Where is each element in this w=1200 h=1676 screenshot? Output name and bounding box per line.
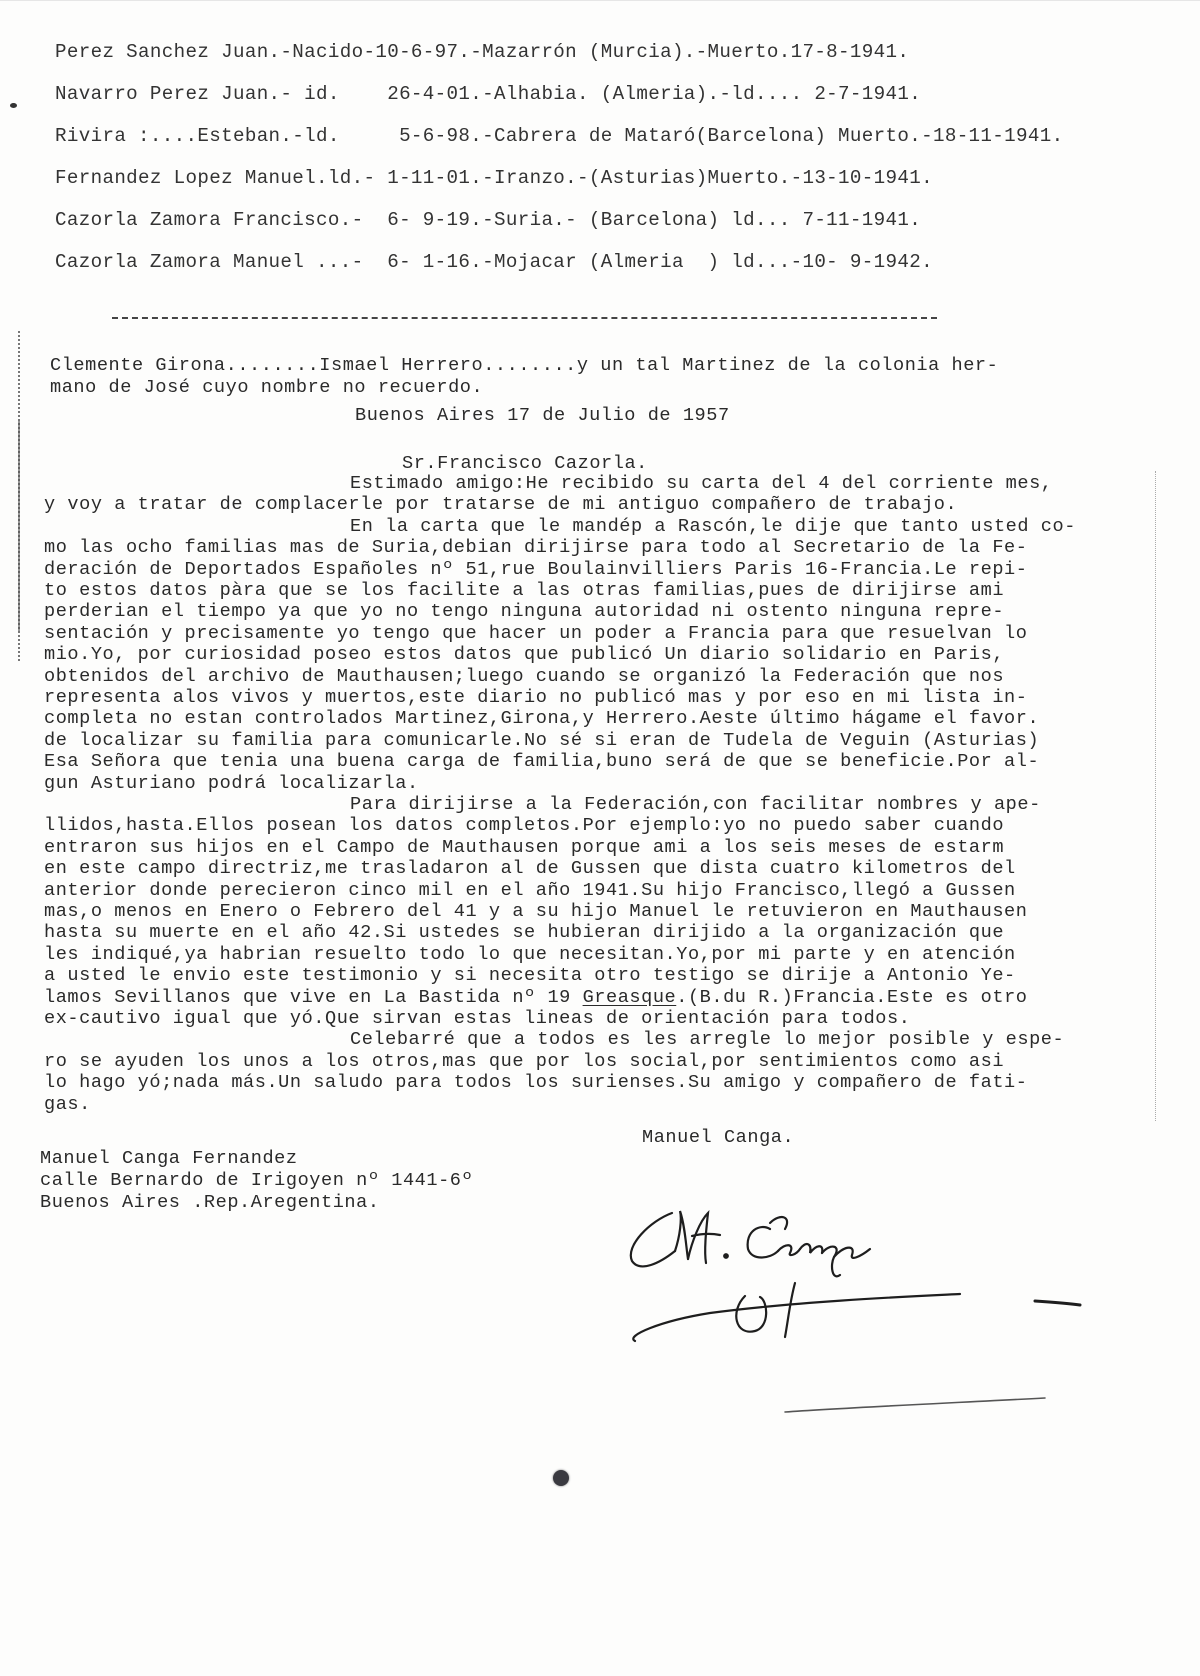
pen-stroke-mark bbox=[780, 1396, 1050, 1416]
deportee-row: Fernandez Lopez Manuel.ld.- 1-11-01.-Ira… bbox=[55, 167, 933, 189]
letter-body-line: En la carta que le mandép a Rascón,le di… bbox=[350, 516, 1076, 538]
missing-names-line: mano de José cuyo nombre no recuerdo. bbox=[50, 377, 483, 399]
letter-place-date: Buenos Aires 17 de Julio de 1957 bbox=[355, 405, 730, 427]
sender-street: calle Bernardo de Irigoyen nº 1441-6º bbox=[40, 1170, 473, 1192]
letter-body-line: mio.Yo, por curiosidad poseo estos datos… bbox=[44, 644, 1004, 666]
deportee-row: Rivira :....Esteban.-ld. 5-6-98.-Cabrera… bbox=[55, 125, 1063, 147]
missing-names-line: Clemente Girona........Ismael Herrero...… bbox=[50, 355, 998, 377]
ink-speck bbox=[10, 103, 17, 108]
letter-body-line: llidos,hasta.Ellos posean los datos comp… bbox=[44, 815, 1004, 837]
letter-body-line: Celebarré que a todos es les arregle lo … bbox=[350, 1029, 1064, 1051]
letter-body-line: ex-cautivo igual que yó.Que sirvan estas… bbox=[44, 1008, 910, 1030]
scanned-letter-page: Perez Sanchez Juan.-Nacido-10-6-97.-Maza… bbox=[0, 0, 1200, 1676]
punch-hole-mark bbox=[553, 1470, 569, 1486]
sender-city: Buenos Aires .Rep.Aregentina. bbox=[40, 1192, 380, 1214]
letter-body-line: les indiqué,ya habrian resuelto todo lo … bbox=[44, 944, 1016, 966]
sender-name: Manuel Canga Fernandez bbox=[40, 1148, 298, 1170]
closing-signature-name: Manuel Canga. bbox=[642, 1127, 794, 1149]
letter-body-line: Para dirijirse a la Federación,con facil… bbox=[350, 794, 1041, 816]
letter-body-line: lo hago yó;nada más.Un saludo para todos… bbox=[44, 1072, 1027, 1094]
letter-body-line: perderian el tiempo ya que yo no tengo n… bbox=[44, 601, 1004, 623]
deportee-row: Navarro Perez Juan.- id. 26-4-01.-Alhabi… bbox=[55, 83, 921, 105]
letter-salutation: Sr.Francisco Cazorla. bbox=[402, 453, 648, 475]
letter-body-line: completa no estan controlados Martinez,G… bbox=[44, 708, 1039, 730]
letter-body-line: anterior donde perecieron cinco mil en e… bbox=[44, 880, 1016, 902]
letter-body-line: hasta su muerte en el año 42.Si ustedes … bbox=[44, 922, 1004, 944]
underlined-place-name: Greasque bbox=[583, 987, 677, 1008]
letter-body-line: Estimado amigo:He recibido su carta del … bbox=[350, 473, 1052, 495]
letter-body-line: en este campo directriz,me trasladaron a… bbox=[44, 858, 1016, 880]
letter-body-line: de localizar su familia para comunicarle… bbox=[44, 730, 1039, 752]
letter-body-line: ro se ayuden los unos a los otros,mas qu… bbox=[44, 1051, 1004, 1073]
letter-body-line: entraron sus hijos en el Campo de Mautha… bbox=[44, 837, 1004, 859]
left-margin-scan-line bbox=[18, 421, 23, 631]
right-margin-scan-marks bbox=[1155, 471, 1158, 1121]
handwritten-signature bbox=[620, 1201, 1140, 1351]
letter-body-line: mas,o menos en Enero o Febrero del 41 y … bbox=[44, 901, 1027, 923]
letter-body-line: deración de Deportados Españoles nº 51,r… bbox=[44, 559, 1027, 581]
letter-body-line: mo las ocho familias mas de Suria,debian… bbox=[44, 537, 1027, 559]
deportee-row: Cazorla Zamora Manuel ...- 6- 1-16.-Moja… bbox=[55, 251, 933, 273]
letter-body-line: a usted le envio este testimonio y si ne… bbox=[44, 965, 1016, 987]
letter-body-line: gun Asturiano podrá localizarla. bbox=[44, 773, 419, 795]
deportee-row: Cazorla Zamora Francisco.- 6- 9-19.-Suri… bbox=[55, 209, 921, 231]
letter-body-line: sentación y precisamente yo tengo que ha… bbox=[44, 623, 1027, 645]
letter-body-line: representa alos vivos y muertos,este dia… bbox=[44, 687, 1027, 709]
letter-body-line: y voy a tratar de complacerle por tratar… bbox=[44, 494, 957, 516]
letter-body-line: gas. bbox=[44, 1094, 91, 1116]
letter-body-line: to estos datos pàra que se los facilite … bbox=[44, 580, 1004, 602]
dashed-divider bbox=[112, 317, 937, 319]
letter-body-line: obtenidos del archivo de Mauthausen;lueg… bbox=[44, 666, 1004, 688]
deportee-row: Perez Sanchez Juan.-Nacido-10-6-97.-Maza… bbox=[55, 41, 909, 63]
letter-body-line: Esa Señora que tenia una buena carga de … bbox=[44, 751, 1039, 773]
letter-body-line: lamos Sevillanos que vive en La Bastida … bbox=[44, 987, 1028, 1009]
